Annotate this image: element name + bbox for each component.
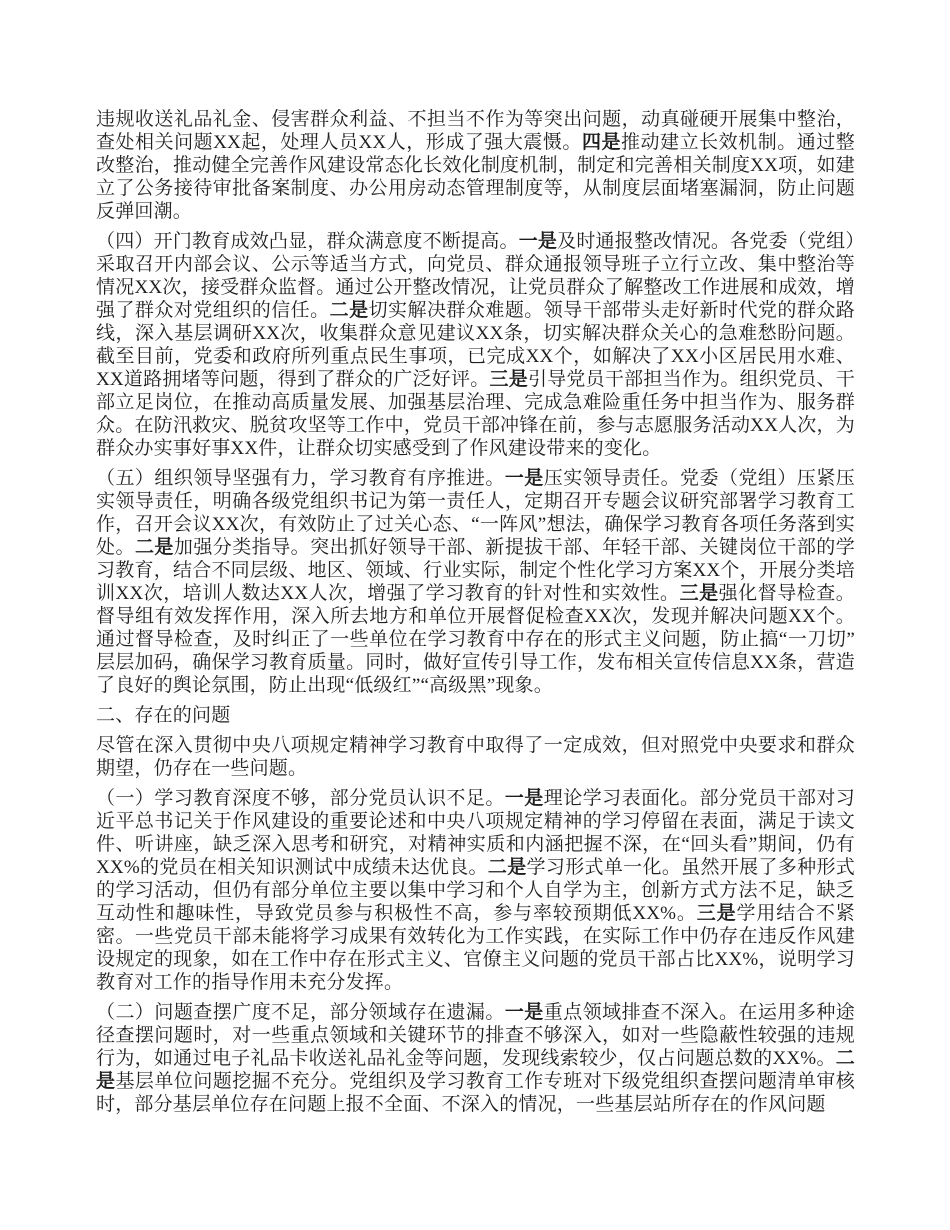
emphasis-run: 三是 [489,369,527,390]
paragraph: 违规收送礼品礼金、侵害群众利益、不担当不作为等突出问题，动真碰硬开展集中整治，查… [96,108,855,223]
text-run: （四）开门教育成效凸显，群众满意度不断提高。 [96,231,519,252]
document-page: 违规收送礼品礼金、侵害群众利益、不担当不作为等突出问题，动真碰硬开展集中整治，查… [0,0,950,1230]
paragraph: （五）组织领导坚强有力，学习教育有序推进。一是压实领导责任。党委（党组）压紧压实… [96,467,855,697]
paragraph: 尽管在深入贯彻中央八项规定精神学习教育中取得了一定成效，但对照党中央要求和群众期… [96,734,855,780]
emphasis-run: 四是 [582,132,621,153]
emphasis-run: 三是 [680,583,719,604]
document-body: 违规收送礼品礼金、侵害群众利益、不担当不作为等突出问题，动真碰硬开展集中整治，查… [0,0,950,1230]
emphasis-run: 二是 [488,857,527,878]
text-run: （一）学习教育深度不够，部分党员认识不足。 [96,788,505,809]
paragraph: （二）问题查摆广度不足，部分领域存在遗漏。一是重点领域排查不深入。在运用多种途径… [96,1001,855,1116]
emphasis-run: 三是 [697,903,737,924]
text-run: 基层单位问题挖掘不充分。党组织及学习教育工作专班对下级党组织查摆问题清单审核时，… [96,1071,855,1115]
paragraph: （一）学习教育深度不够，部分党员认识不足。一是理论学习表面化。部分党员干部对习近… [96,787,855,994]
text-run: 尽管在深入贯彻中央八项规定精神学习教育中取得了一定成效，但对照党中央要求和群众期… [96,735,855,779]
section-heading: 二、存在的问题 [96,704,855,727]
emphasis-run: 一是 [519,231,557,252]
text-run: 二、存在的问题 [96,705,230,726]
text-run: （五）组织领导坚强有力，学习教育有序推进。 [96,468,505,489]
emphasis-run: 二是 [330,300,369,321]
emphasis-run: 二是 [135,537,174,558]
emphasis-run: 一是 [505,788,544,809]
emphasis-run: 一是 [505,468,544,489]
emphasis-run: 一是 [505,1002,544,1023]
paragraph: （四）开门教育成效凸显，群众满意度不断提高。一是及时通报整改情况。各党委（党组）… [96,230,855,460]
text-run: （二）问题查摆广度不足，部分领域存在遗漏。 [96,1002,505,1023]
